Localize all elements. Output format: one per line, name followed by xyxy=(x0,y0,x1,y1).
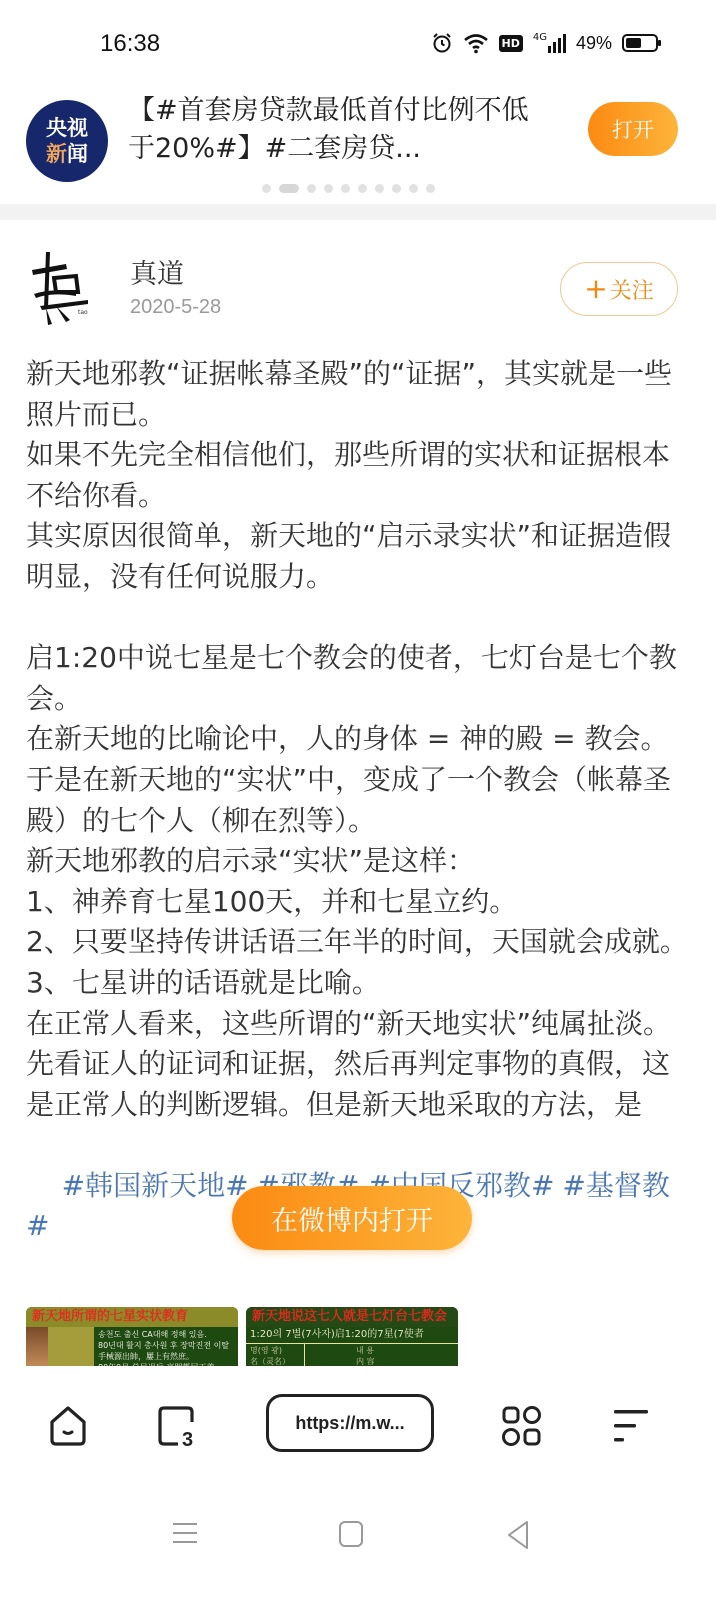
battery-percent: 49% xyxy=(576,33,612,54)
author-header: tao 真道 2020-5-28 + 关注 xyxy=(0,230,716,330)
section-divider xyxy=(0,204,716,220)
system-nav-bar xyxy=(0,1490,716,1600)
post-paragraph: 在正常人看来，这些所谓的“新天地实状”纯属扯淡。先看证人的证词和证据，然后再判定… xyxy=(26,1004,690,1126)
post-paragraph: 新天地邪教的启示录“实状”是这样： xyxy=(26,841,690,882)
author-name[interactable]: 真道 xyxy=(130,252,184,291)
post-paragraph: 于是在新天地的“实状”中，变成了一个教会（帐幕圣殿）的七个人（柳在烈等）。 xyxy=(26,760,690,841)
carousel-dot-active[interactable] xyxy=(279,184,299,193)
url-bar[interactable]: https://m.w... xyxy=(266,1394,434,1452)
plus-icon: + xyxy=(584,275,607,303)
banner-headline[interactable]: 【#首套房贷款最低首付比例不低于20%#】#二套房贷... xyxy=(128,92,538,168)
post-paragraph: 在新天地的比喻论中，人的身体 = 神的殿 = 教会。 xyxy=(26,719,690,760)
wifi-icon xyxy=(463,32,489,54)
post-image-1[interactable]: 新天地所谓的七星实状教育 송천도 출신 CA대해 정해 있음. 80년대 활지 … xyxy=(26,1307,238,1367)
post-paragraph: 启1:20中说七星是七个教会的使者，七灯台是七个教会。 xyxy=(26,638,690,719)
svg-text:3: 3 xyxy=(182,1429,193,1448)
status-icons: HD 4G 49% xyxy=(431,32,659,54)
carousel-indicator xyxy=(262,184,435,193)
open-in-weibo-button[interactable]: 在微博内打开 xyxy=(232,1186,472,1250)
carousel-dot[interactable] xyxy=(426,184,435,193)
cctv-news-logo: 央视 新闻 xyxy=(26,100,108,182)
signal-icon: 4G xyxy=(533,33,566,53)
home-nav-icon[interactable] xyxy=(338,1520,364,1552)
post-paragraph: 2、只要坚持传讲话语三年半的时间，天国就会成就。 xyxy=(26,922,690,963)
alarm-icon xyxy=(431,32,453,54)
battery-icon xyxy=(622,34,658,52)
carousel-dot[interactable] xyxy=(307,184,316,193)
recent-apps-icon[interactable] xyxy=(172,1520,198,1550)
svg-text:tao: tao xyxy=(78,309,88,316)
post-paragraph-blank xyxy=(26,598,690,639)
status-bar: 16:38 HD 4G 49% xyxy=(0,0,716,90)
post-paragraph: 其实原因很简单，新天地的“启示录实状”和证据造假明显，没有任何说服力。 xyxy=(26,516,690,597)
avatar[interactable]: tao xyxy=(26,248,100,326)
follow-button[interactable]: + 关注 xyxy=(560,262,678,316)
post-date: 2020-5-28 xyxy=(130,296,221,319)
carousel-dot[interactable] xyxy=(409,184,418,193)
post-paragraph: 新天地邪教“证据帐幕圣殿”的“证据”，其实就是一些照片而已。 xyxy=(26,354,690,435)
carousel-dot[interactable] xyxy=(341,184,350,193)
home-icon[interactable] xyxy=(46,1404,90,1448)
browser-toolbar: 3 https://m.w... xyxy=(0,1366,716,1480)
tabs-icon[interactable]: 3 xyxy=(156,1404,200,1448)
post-paragraph: 如果不先完全相信他们，那些所谓的实状和证据根本不给你看。 xyxy=(26,435,690,516)
carousel-dot[interactable] xyxy=(262,184,271,193)
post-image-2[interactable]: 新天地说这七人就是七灯台七教会 1:20의 7별(7사자)启1:20的7星(7使… xyxy=(246,1307,458,1367)
post-paragraph: 1、神养育七星100天，并和七星立约。 xyxy=(26,882,690,923)
hd-icon: HD xyxy=(499,35,523,52)
carousel-dot[interactable] xyxy=(358,184,367,193)
open-app-button[interactable]: 打开 xyxy=(588,102,678,156)
hashtag-link[interactable]: #韩国新天地# xyxy=(62,1169,249,1202)
post-paragraph: 3、七星讲的话语就是比喻。 xyxy=(26,963,690,1004)
status-time: 16:38 xyxy=(100,30,160,58)
post-images: 新天地所谓的七星实状教育 송천도 출신 CA대해 정해 있음. 80년대 활지 … xyxy=(26,1307,458,1367)
menu-icon[interactable] xyxy=(610,1404,654,1448)
carousel-dot[interactable] xyxy=(392,184,401,193)
carousel-dot[interactable] xyxy=(375,184,384,193)
apps-icon[interactable] xyxy=(500,1404,544,1448)
post-body: 新天地邪教“证据帐幕圣殿”的“证据”，其实就是一些照片而已。 如果不先完全相信他… xyxy=(26,354,690,1288)
back-icon[interactable] xyxy=(506,1520,530,1554)
top-banner[interactable]: 央视 新闻 【#首套房贷款最低首付比例不低于20%#】#二套房贷... 打开 xyxy=(0,86,716,206)
portrait-photo xyxy=(26,1327,48,1367)
carousel-dot[interactable] xyxy=(324,184,333,193)
